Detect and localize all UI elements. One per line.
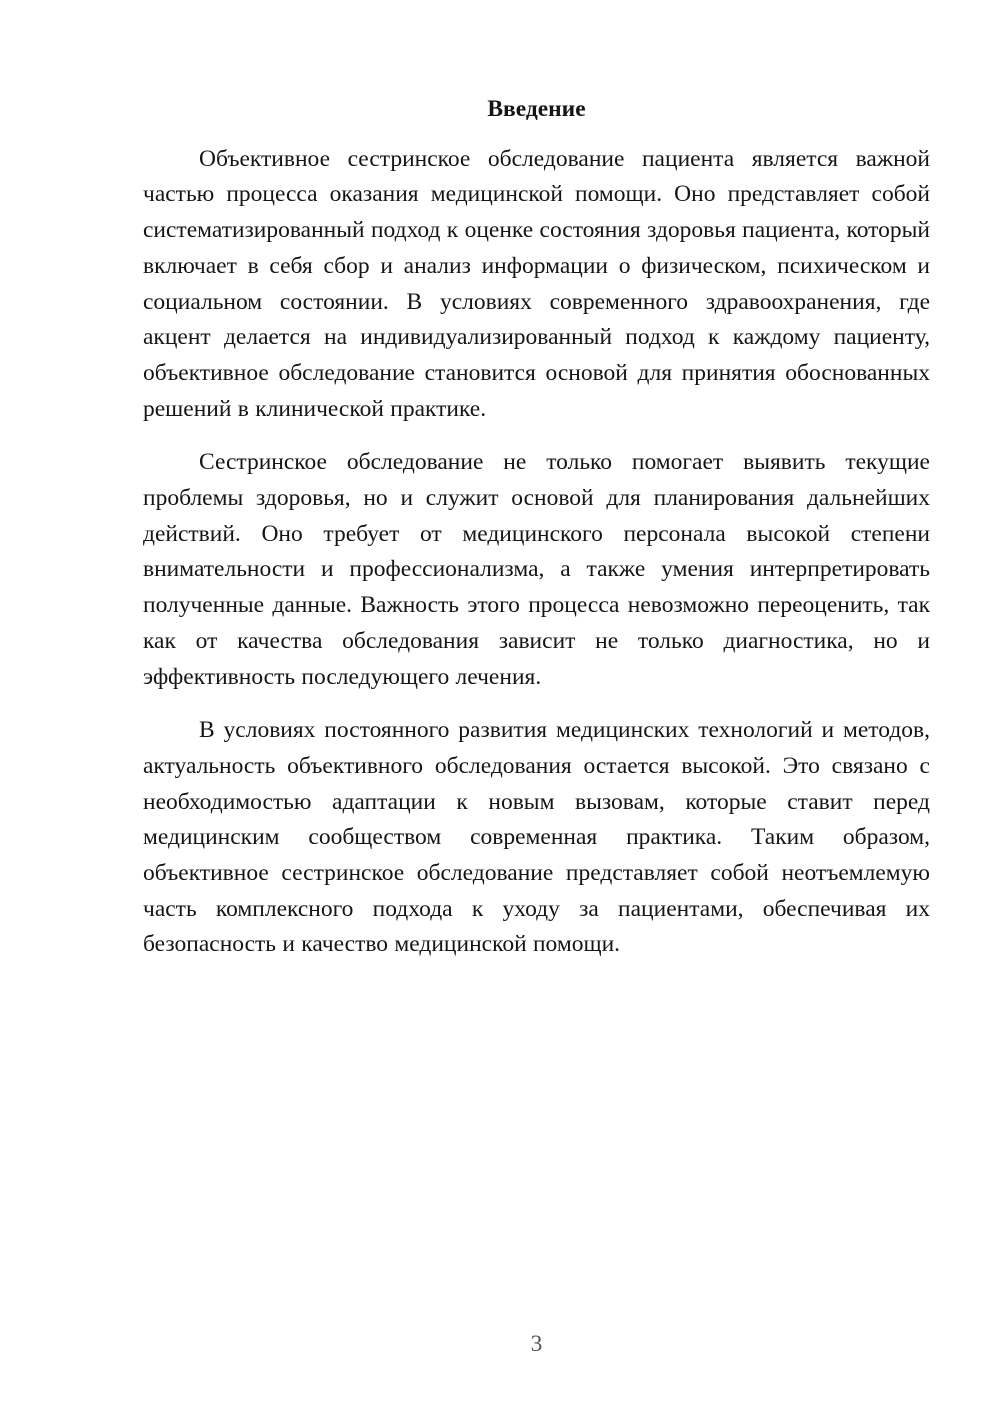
paragraph-2: Сестринское обследование не только помог… (143, 445, 930, 695)
section-heading: Введение (143, 92, 930, 128)
page-number: 3 (143, 1327, 930, 1363)
paragraph-3: В условиях постоянного развития медицинс… (143, 713, 930, 963)
document-page: Введение Объективное сестринское обследо… (0, 0, 1000, 1414)
paragraph-1: Объективное сестринское обследование пац… (143, 142, 930, 428)
document-content: Введение Объективное сестринское обследо… (143, 92, 930, 981)
